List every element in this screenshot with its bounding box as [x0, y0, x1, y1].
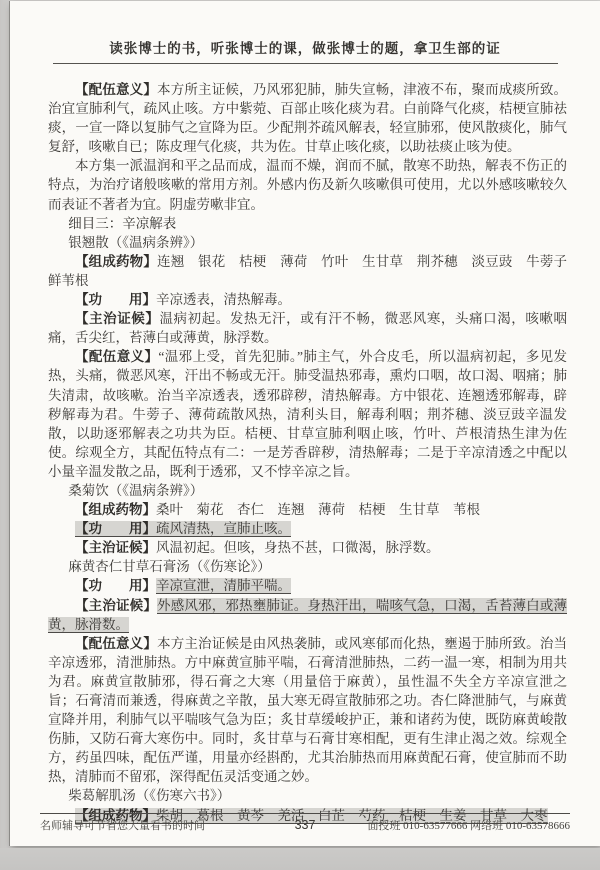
footer-rule — [40, 813, 570, 814]
scan-bottom-edge — [0, 848, 600, 870]
header-slogan: 读张博士的书，听张博士的课，做张博士的题，拿卫生部的证 — [10, 37, 600, 57]
paragraph-maxing-indication: 【主治证候】外感风邪，邪热壅肺证。身热汗出，喘咳气急，口渴，舌苔薄白或薄黄，脉滑… — [48, 596, 567, 634]
section-heading-xinliang-jiebiao: 细目三：辛凉解表 — [48, 214, 567, 233]
header-rule — [53, 63, 558, 64]
bracket-label: 【配伍意义】 — [75, 349, 158, 364]
formula-title-yinqiaosan: 银翘散（《温病条辨》） — [48, 233, 567, 252]
paragraph-sangjuyin-function: 【功 用】疏风清热，宣肺止咳。 — [48, 519, 567, 538]
highlighted-text: 【功 用】 — [75, 521, 156, 537]
footer-left-note: 名师辅导可节省您大量看书的时间 — [40, 817, 295, 833]
bracket-label: 【配伍意义】 — [75, 636, 157, 651]
formula-title-sangjuyin: 桑菊饮（《温病条辨》） — [48, 481, 567, 500]
bracket-label: 【主治证候】 — [75, 311, 159, 326]
footer-right-note: 面授班 010-63577666 网络班 010-63578666 — [315, 817, 570, 833]
paragraph-summary: 本方集一派温润和平之品而成，温而不燥，润而不腻，散寒不助热，解表不伤正的特点，为… — [48, 156, 567, 213]
bracket-label: 【主治证候】 — [75, 540, 156, 555]
paragraph-yinqiaosan-herbs: 【组成药物】连翘 银花 桔梗 薄荷 竹叶 生甘草 荆芥穗 淡豆豉 牛蒡子 鲜苇根 — [48, 252, 567, 290]
paragraph-yinqiaosan-function: 【功 用】辛凉透表，清热解毒。 — [48, 290, 567, 309]
formula-title-maxing-ganshi-tang: 麻黄杏仁甘草石膏汤（《伤寒论》） — [48, 557, 567, 576]
document-body: 【配伍意义】本方所主证候，乃风邪犯肺，肺失宣畅，津液不布，聚而成痰所致。治宜宣肺… — [48, 80, 567, 825]
bracket-label: 【组成药物】 — [75, 254, 157, 269]
text-segment: 辛凉透表，清热解毒。 — [156, 292, 291, 307]
text-segment: 银翘散（《温病条辨》） — [68, 235, 203, 250]
paragraph-sangjuyin-indication: 【主治证候】风温初起。但咳，身热不甚，口微渴，脉浮数。 — [48, 538, 567, 557]
text-segment: 麻黄杏仁甘草石膏汤（《伤寒论》） — [68, 559, 271, 574]
text-segment: 风温初起。但咳，身热不甚，口微渴，脉浮数。 — [156, 540, 440, 555]
paragraph-yinqiaosan-indication: 【主治证候】温病初起。发热无汗，或有汗不畅，微恶风寒，头痛口渴，咳嗽咽痛，舌尖红… — [48, 309, 567, 347]
bracket-label: 【主治证候】 — [75, 598, 157, 613]
formula-title-chaige-jieji-tang: 柴葛解肌汤（《伤寒六书》） — [48, 786, 567, 805]
highlighted-text: 辛凉宣泄，清肺平喘。 — [156, 578, 291, 594]
paragraph-maxing-peiwu: 【配伍意义】本方主治证候是由风热袭肺，或风寒郁而化热，壅遏于肺所致。治当辛凉透邪… — [48, 634, 567, 787]
paragraph-peiwu-zhisou: 【配伍意义】本方所主证候，乃风邪犯肺，肺失宣畅，津液不布，聚而成痰所致。治宜宣肺… — [48, 80, 567, 156]
bracket-label: 【配伍意义】 — [75, 82, 157, 97]
text-segment: 柴葛解肌汤（《伤寒六书》） — [68, 788, 230, 803]
text-segment: 本方主治证候是由风热袭肺，或风寒郁而化热，壅遏于肺所致。治当辛凉透邪，清泄肺热。… — [48, 636, 567, 785]
page-footer: 名师辅导可节省您大量看书的时间 337 面授班 010-63577666 网络班… — [10, 813, 600, 833]
bracket-label: 【组成药物】 — [75, 502, 156, 517]
text-segment: 本方集一派温润和平之品而成，温而不燥，润而不腻，散寒不助热，解表不伤正的特点，为… — [48, 158, 567, 211]
page-header: 读张博士的书，听张博士的课，做张博士的题，拿卫生部的证 — [10, 1, 600, 64]
text-segment: 细目三：辛凉解表 — [68, 216, 176, 231]
page: 读张博士的书，听张博士的课，做张博士的题，拿卫生部的证 【配伍意义】本方所主证候… — [9, 1, 600, 846]
paragraph-yinqiaosan-peiwu: 【配伍意义】“温邪上受，首先犯肺。”肺主气，外合皮毛，所以温病初起，多见发热，头… — [48, 347, 567, 481]
text-segment: 桑叶 菊花 杏仁 连翘 薄荷 桔梗 生甘草 苇根 — [156, 502, 480, 517]
footer-page-number: 337 — [295, 818, 316, 832]
footer-row: 名师辅导可节省您大量看书的时间 337 面授班 010-63577666 网络班… — [40, 817, 570, 833]
text-segment: 桑菊饮（《温病条辨》） — [68, 483, 203, 498]
scan-background: 读张博士的书，听张博士的课，做张博士的题，拿卫生部的证 【配伍意义】本方所主证候… — [0, 0, 600, 870]
paragraph-maxing-function: 【功 用】辛凉宣泄，清肺平喘。 — [48, 576, 567, 595]
text-segment: “温邪上受，首先犯肺。”肺主气，外合皮毛，所以温病初起，多见发热，头痛，微恶风寒… — [48, 349, 567, 479]
highlighted-text: 疏风清热，宣肺止咳。 — [156, 521, 291, 537]
bracket-label: 【功 用】 — [75, 292, 156, 307]
bracket-label: 【功 用】 — [75, 578, 156, 593]
paragraph-sangjuyin-herbs: 【组成药物】桑叶 菊花 杏仁 连翘 薄荷 桔梗 生甘草 苇根 — [48, 500, 567, 519]
